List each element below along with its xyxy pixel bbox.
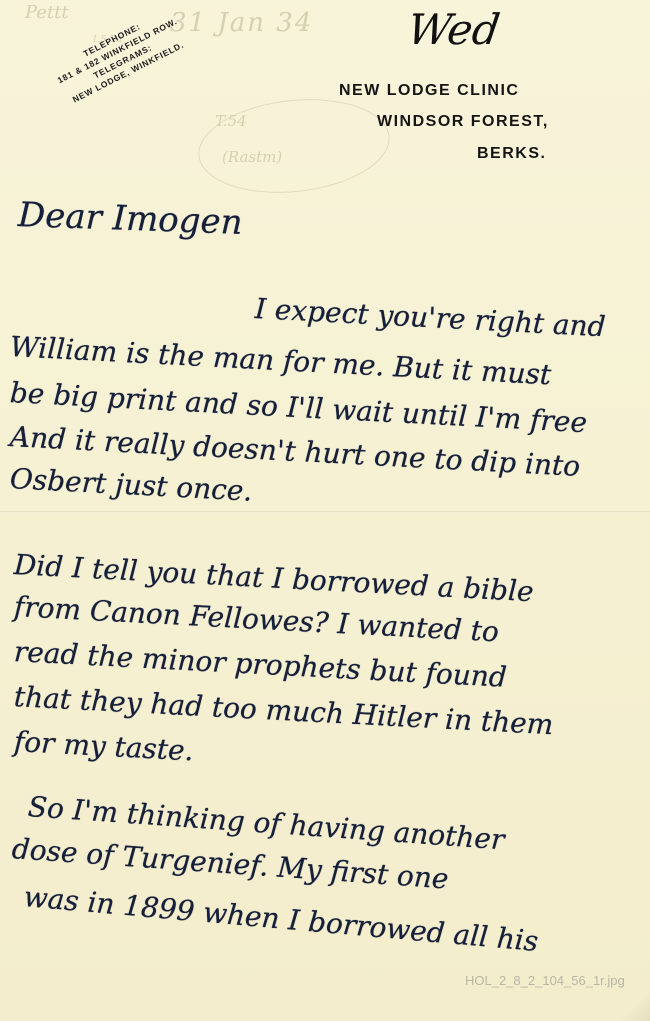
letterhead-clinic-name: NEW LODGE CLINIC bbox=[339, 82, 519, 100]
letter-line: Osbert just once. bbox=[9, 462, 253, 508]
letter-page: Pettt 1.5.5.1 31 Jan 34 T.54 (Rastm) TEL… bbox=[0, 0, 650, 1021]
salutation: Dear Imogen bbox=[17, 195, 243, 243]
letter-line: I expect you're right and bbox=[254, 292, 606, 343]
letterhead-county: BERKS. bbox=[477, 145, 546, 163]
letter-line: for my taste. bbox=[13, 725, 194, 767]
handwritten-day: Wed bbox=[405, 5, 503, 54]
pencil-folio-note: T.54 bbox=[215, 112, 247, 130]
image-filename-label: HOL_2_8_2_104_56_1r.jpg bbox=[465, 972, 635, 989]
paper-fold-line bbox=[0, 511, 650, 513]
pencil-reference-note: Pettt bbox=[25, 2, 69, 23]
pencil-bracket-note: (Rastm) bbox=[222, 148, 282, 166]
pencil-circle-mark bbox=[194, 90, 395, 202]
paper-corner-wear bbox=[610, 991, 650, 1021]
letterhead-location: WINDSOR FOREST, bbox=[377, 113, 549, 131]
letter-line: was in 1899 when I borrowed all his bbox=[23, 880, 540, 958]
